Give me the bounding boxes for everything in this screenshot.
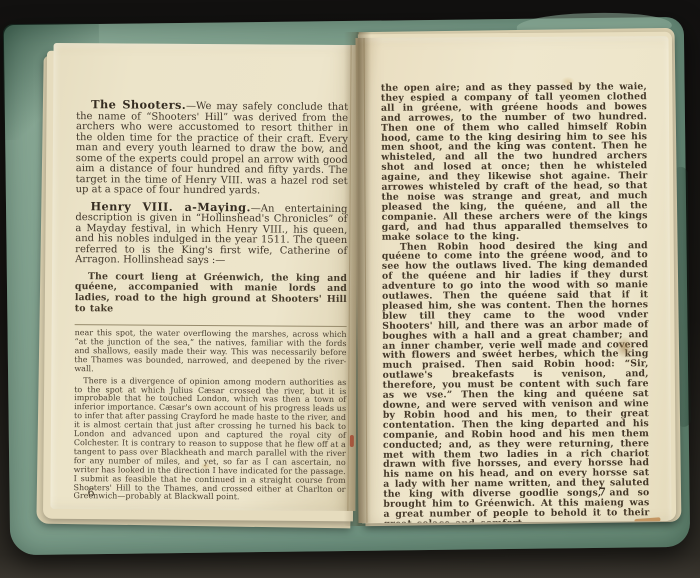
footnote-2: There is a divergence of opinion among m… bbox=[73, 377, 346, 504]
red-mark-stain bbox=[350, 435, 354, 447]
left-page-text-column: The Shooters.—We may safely conclude tha… bbox=[73, 99, 348, 503]
open-book-photo: The Shooters.—We may safely conclude tha… bbox=[0, 0, 700, 578]
footnote-block: near this spot, the water overflowing th… bbox=[73, 324, 346, 503]
book-page-right: the open aire; and as they passed by the… bbox=[356, 36, 672, 523]
right-page-text-column: the open aire; and as they passed by the… bbox=[381, 82, 650, 523]
book-page-left: The Shooters.—We may safely conclude tha… bbox=[50, 43, 358, 511]
footnote-1: near this spot, the water overflowing th… bbox=[74, 329, 346, 375]
block-quote-hollinshead: The court lieng at Gréenwich, the king a… bbox=[75, 272, 347, 318]
page-number-right: 7 bbox=[598, 485, 606, 498]
paragraph-henry-viii-a-maying: Henry VIII. a-Maying.—An entertaining de… bbox=[75, 201, 347, 268]
quote-continuation-paragraph: the open aire; and as they passed by the… bbox=[381, 82, 648, 242]
paragraph-the-shooters: The Shooters.—We may safely conclude tha… bbox=[76, 99, 349, 197]
paragraph-text: —We may safely conclude that the name of… bbox=[76, 101, 349, 197]
section-heading-the-shooters: The Shooters. bbox=[91, 97, 186, 112]
quote-paragraph-robin-hood: Then Robin hood desired the king and qué… bbox=[382, 241, 650, 523]
page-crease bbox=[364, 38, 368, 523]
paragraph-text: —An entertaining description is given in… bbox=[75, 203, 347, 266]
page-number-left: 6 bbox=[87, 486, 94, 499]
